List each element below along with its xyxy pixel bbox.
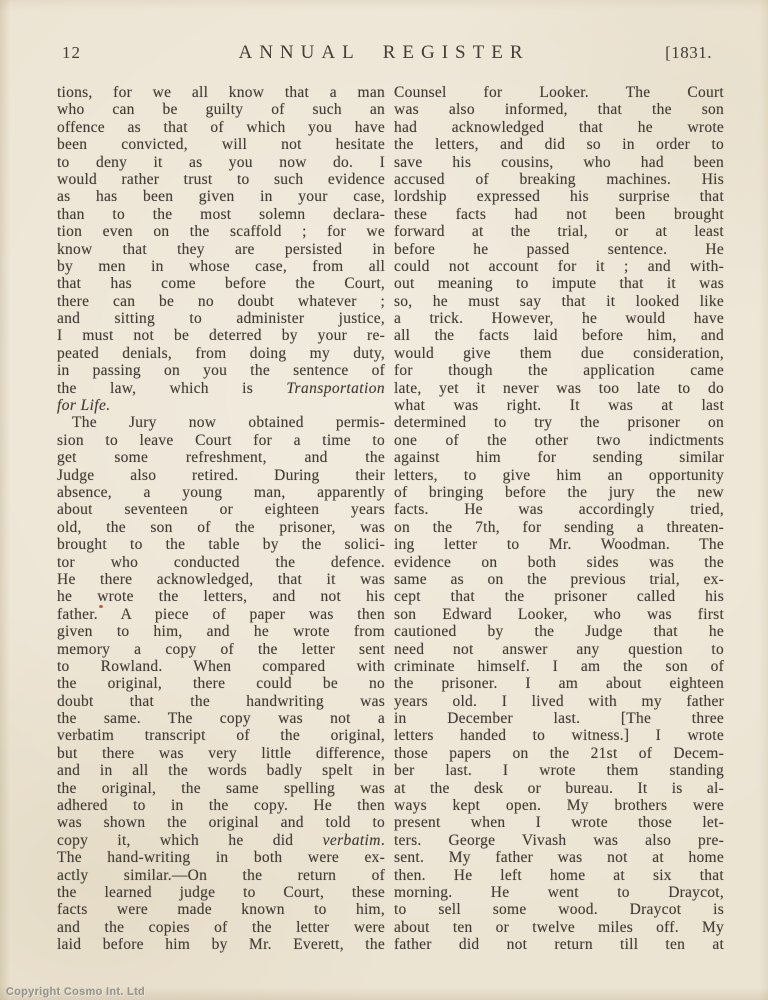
- text-line: then. He left home at six that: [394, 867, 724, 884]
- right-text-column: Counsel for Looker. The Courtwas also in…: [394, 84, 724, 954]
- text-line: the learned judge to Court, these: [57, 884, 385, 901]
- text-line: letters, to give him an opportunity: [394, 467, 724, 484]
- text-line: would rather trust to such evidence: [57, 171, 385, 188]
- text-line: absence, a young man, apparently: [57, 484, 385, 501]
- text-line: for though the application came: [394, 362, 724, 379]
- text-line: evidence on both sides was the: [394, 554, 724, 571]
- text-line: criminate himself. I am the son of: [394, 658, 724, 675]
- text-line: determined to try the prisoner on: [394, 414, 724, 431]
- text-line: tions, for we all know that a man: [57, 84, 385, 101]
- text-line: given to him, and he wrote from: [57, 623, 385, 640]
- text-line: peated denials, from doing my duty,: [57, 345, 385, 362]
- text-line: he wrote the letters, and not his: [57, 588, 385, 605]
- text-line: sent. My father was not at home: [394, 849, 724, 866]
- text-line: Counsel for Looker. The Court: [394, 84, 724, 101]
- text-line: was also informed, that the son: [394, 101, 724, 118]
- text-line: at the desk or bureau. It is al-: [394, 780, 724, 797]
- text-line: had acknowledged that he wrote: [394, 119, 724, 136]
- text-line: father. A piece of paper was then: [57, 606, 385, 623]
- page-header: 12 ANNUAL REGISTER [1831.: [0, 42, 768, 66]
- red-speck: [99, 605, 103, 608]
- page-title: ANNUAL REGISTER: [238, 42, 529, 64]
- text-line: these facts had not been brought: [394, 206, 724, 223]
- text-line: been convicted, will not hesitate: [57, 136, 385, 153]
- text-line: in December last. [The three: [394, 710, 724, 727]
- text-line: facts were made known to him,: [57, 901, 385, 918]
- text-line: the letters, and did so in order to: [394, 136, 724, 153]
- book-page: 12 ANNUAL REGISTER [1831. tions, for we …: [0, 0, 768, 1000]
- text-line: before he passed sentence. He: [394, 241, 724, 258]
- left-text-column: tions, for we all know that a manwho can…: [57, 84, 385, 954]
- text-line: to deny it as you now do. I: [57, 154, 385, 171]
- text-line: need not answer any question to: [394, 641, 724, 658]
- text-line: the original, the same spelling was: [57, 780, 385, 797]
- text-line: so, he must say that it looked like: [394, 293, 724, 310]
- text-line: a trick. However, he would have: [394, 310, 724, 327]
- text-line: to Rowland. When compared with: [57, 658, 385, 675]
- italic-text: verbatim: [323, 832, 381, 849]
- text-line: the law, which is Transportation: [57, 380, 385, 397]
- text-line: verbatim transcript of the original,: [57, 727, 385, 744]
- text-line: son Edward Looker, who was first: [394, 606, 724, 623]
- text-line: accused of breaking machines. His: [394, 171, 724, 188]
- text-line: about seventeen or eighteen years: [57, 501, 385, 518]
- text-line: get some refreshment, and the: [57, 449, 385, 466]
- text-line: in passing on you the sentence of: [57, 362, 385, 379]
- text-line: could not account for it ; and with-: [394, 258, 724, 275]
- text-line: same as on the previous trial, ex-: [394, 571, 724, 588]
- text-line: there can be no doubt whatever ;: [57, 293, 385, 310]
- text-line: know that they are persisted in: [57, 241, 385, 258]
- text-line: the same. The copy was not a: [57, 710, 385, 727]
- text-line: about ten or twelve miles off. My: [394, 919, 724, 936]
- text-line: lordship expressed his surprise that: [394, 188, 724, 205]
- text-line: forward at the trial, or at least: [394, 223, 724, 240]
- text-line: letters handed to witness.] I wrote: [394, 727, 724, 744]
- text-line: ters. George Vivash was also pre-: [394, 832, 724, 849]
- text-line: to sell some wood. Draycot is: [394, 901, 724, 918]
- text-line: The Jury now obtained permis-: [57, 414, 385, 431]
- text-line: against him for sending similar: [394, 449, 724, 466]
- text-line: ing letter to Mr. Woodman. The: [394, 536, 724, 553]
- text-line: the original, there could be no: [57, 675, 385, 692]
- italic-text: for Life.: [57, 397, 111, 414]
- text-line: offence as that of which you have: [57, 119, 385, 136]
- text-line: as has been given in your case,: [57, 188, 385, 205]
- text-line: laid before him by Mr. Everett, the: [57, 936, 385, 953]
- text-line: those papers on the 21st of Decem-: [394, 745, 724, 762]
- text-line: ber last. I wrote them standing: [394, 762, 724, 779]
- text-line: actly similar.—On the return of: [57, 867, 385, 884]
- text-line: old, the son of the prisoner, was: [57, 519, 385, 536]
- text-line: of bringing before the jury the new: [394, 484, 724, 501]
- text-line: by men in whose case, from all: [57, 258, 385, 275]
- text-line: memory a copy of the letter sent: [57, 641, 385, 658]
- text-line: present when I wrote those let-: [394, 814, 724, 831]
- text-line: ways kept open. My brothers were: [394, 797, 724, 814]
- text-line: would give them due consideration,: [394, 345, 724, 362]
- text-line: all the facts laid before him, and: [394, 327, 724, 344]
- text-line: what was right. It was at last: [394, 397, 724, 414]
- text-line: facts. He was accordingly tried,: [394, 501, 724, 518]
- text-line: I must not be deterred by your re-: [57, 327, 385, 344]
- text-line: brought to the table by the solici-: [57, 536, 385, 553]
- text-line: out meaning to impute that it was: [394, 275, 724, 292]
- text-line: late, yet it never was too late to do: [394, 380, 724, 397]
- text-line: years old. I lived with my father: [394, 693, 724, 710]
- text-line: sion to leave Court for a time to: [57, 432, 385, 449]
- text-line: adhered to in the copy. He then: [57, 797, 385, 814]
- text-line: tor who conducted the defence.: [57, 554, 385, 571]
- text-line: and in all the words badly spelt in: [57, 762, 385, 779]
- text-line: was shown the original and told to: [57, 814, 385, 831]
- text-line: on the 7th, for sending a threaten-: [394, 519, 724, 536]
- text-line: and the copies of the letter were: [57, 919, 385, 936]
- text-line: but there was very little difference,: [57, 745, 385, 762]
- italic-text: Transportation: [286, 380, 385, 397]
- text-line: father did not return till ten at: [394, 936, 724, 953]
- text-line: and sitting to administer justice,: [57, 310, 385, 327]
- watermark: Copyright Cosmo Int. Ltd: [6, 986, 145, 998]
- text-line: doubt that the handwriting was: [57, 693, 385, 710]
- text-line: Judge also retired. During their: [57, 467, 385, 484]
- page-year: [1831.: [665, 43, 712, 63]
- text-line: than to the most solemn declara-: [57, 206, 385, 223]
- text-line: tion even on the scaffold ; for we: [57, 223, 385, 240]
- text-line: save his cousins, who had been: [394, 154, 724, 171]
- page-number: 12: [62, 43, 81, 63]
- text-line: He there acknowledged, that it was: [57, 571, 385, 588]
- text-line: one of the other two indictments: [394, 432, 724, 449]
- text-line: for Life.: [57, 397, 385, 414]
- text-line: cept that the prisoner called his: [394, 588, 724, 605]
- text-line: cautioned by the Judge that he: [394, 623, 724, 640]
- text-line: copy it, which he did verbatim.: [57, 832, 385, 849]
- text-line: the prisoner. I am about eighteen: [394, 675, 724, 692]
- text-line: that has come before the Court,: [57, 275, 385, 292]
- text-line: who can be guilty of such an: [57, 101, 385, 118]
- text-line: The hand-writing in both were ex-: [57, 849, 385, 866]
- text-line: morning. He went to Draycot,: [394, 884, 724, 901]
